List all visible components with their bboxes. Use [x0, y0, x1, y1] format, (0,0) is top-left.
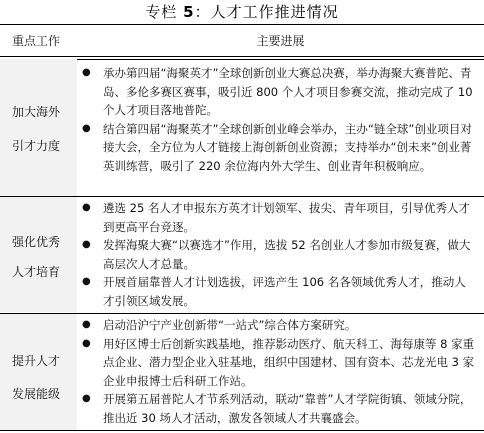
- bullet-icon: ●: [82, 335, 91, 354]
- table-row: 提升人才 发展能级 ● 启动沿沪宁产业创新带“一站式”综合体方案研究。 ● 用好…: [0, 314, 484, 430]
- title-prefix: 专栏: [145, 3, 183, 21]
- header-main-progress: 主要进展: [0, 34, 484, 48]
- bullet-icon: ●: [82, 120, 91, 139]
- list-item: ● 承办第四届“海聚英才”全球创新创业大赛总决赛，举办海聚大赛普陀、青岛、多伦多…: [77, 64, 484, 120]
- title-number: 5: [183, 3, 194, 21]
- row-label-line1: 强化优秀: [12, 235, 72, 249]
- row-label-line1: 加大海外: [12, 105, 72, 119]
- list-item: ● 启动沿沪宁产业创新带“一站式”综合体方案研究。: [77, 316, 484, 335]
- bullet-icon: ●: [82, 199, 91, 218]
- list-item: ● 发挥海聚大赛“以赛选才”作用，选拔 52 名创业人才参加市级复赛，做大高层次…: [77, 236, 484, 273]
- row-label-line2: 人才培育: [12, 265, 72, 279]
- table-row: 强化优秀 人才培育 ● 遴选 25 名人才申报东方英才计划领军、拔尖、青年项目，…: [0, 197, 484, 312]
- list-item: ● 遴选 25 名人才申报东方英才计划领军、拔尖、青年项目，引导优秀人才到更高平…: [77, 199, 484, 236]
- row-label-line2: 引才力度: [12, 139, 72, 153]
- bullet-icon: ●: [82, 273, 91, 292]
- bullet-icon: ●: [82, 236, 91, 255]
- bullet-icon: ●: [82, 64, 91, 83]
- list-item: ● 结合第四届“海聚英才”全球创新创业峰会举办，主办“链全球”创业项目对接大会，…: [77, 120, 484, 176]
- title-suffix: ：人才工作推进情况: [195, 3, 339, 21]
- table-bottom-rule: [0, 430, 484, 431]
- table-row: 加大海外 引才力度 ● 承办第四届“海聚英才”全球创新创业大赛总决赛，举办海聚大…: [0, 59, 484, 196]
- page-title: 专栏 5：人才工作推进情况: [0, 2, 484, 22]
- list-item: ● 开展第五届普陀人才节系列活动，联动“靠普”人才学院街镇、领域分院，推出近 3…: [77, 390, 484, 427]
- row-label-line1: 提升人才: [12, 354, 72, 368]
- bullet-icon: ●: [82, 316, 91, 335]
- bullet-icon: ●: [82, 390, 91, 409]
- row-label-cell: [0, 197, 77, 312]
- row-content-cell: ● 承办第四届“海聚英才”全球创新创业大赛总决赛，举办海聚大赛普陀、青岛、多伦多…: [77, 64, 484, 175]
- list-item: ● 开展首届靠普人才计划选拔，评选产生 106 名各领域优秀人才，推动人才引领区…: [77, 273, 484, 310]
- row-label-cell: [0, 314, 77, 430]
- row-label-line2: 发展能级: [12, 387, 72, 401]
- row-label-cell: [0, 59, 77, 196]
- table-header: 重点工作 主要进展: [0, 25, 484, 57]
- list-item: ● 用好区博士后创新实践基地，推荐影动医疗、航天科工、海每康等 8 家重点企业、…: [77, 335, 484, 391]
- row-content-cell: ● 启动沿沪宁产业创新带“一站式”综合体方案研究。 ● 用好区博士后创新实践基地…: [77, 316, 484, 427]
- row-content-cell: ● 遴选 25 名人才申报东方英才计划领军、拔尖、青年项目，引导优秀人才到更高平…: [77, 199, 484, 310]
